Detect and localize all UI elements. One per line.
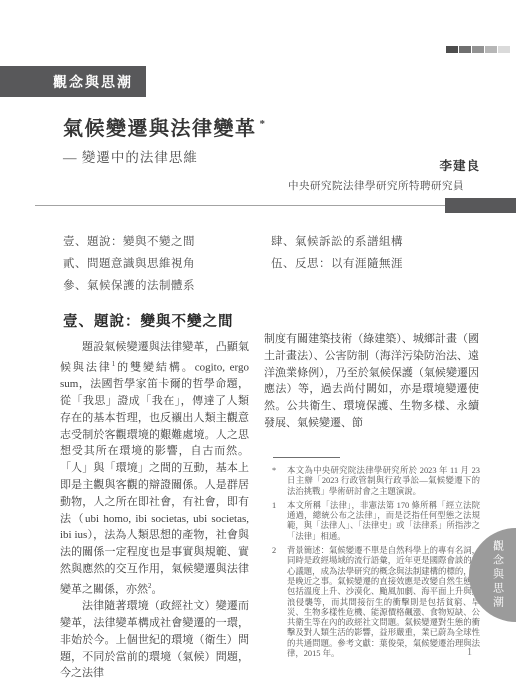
footnote-text: 本文所稱「法律」，非憲法第 170 條所稱「經立法院通過，總統公布之法律」，而是…	[287, 501, 480, 542]
toc-item: 肆、氣候訴訟的系譜組構	[271, 231, 479, 253]
footnote-item: * 本文為中央研究院法律學研究所於 2023 年 11 月 23 日主辦「202…	[272, 466, 480, 497]
toc-item: 伍、反思：以有涯隨無涯	[271, 253, 479, 275]
table-of-contents: 壹、題說：變與不變之間 貳、問題意識與思維視角 參、氣候保護的法制體系 肆、氣候…	[63, 231, 480, 297]
category-label-box: 觀念與思潮	[0, 66, 146, 97]
body-paragraph: 制度有關建築技術（綠建築）、城鄉計畫（國土計畫法）、公害防制（海洋污染防治法、遠…	[264, 331, 479, 432]
toc-column-right: 肆、氣候訴訟的系譜組構 伍、反思：以有涯隨無涯	[271, 231, 479, 297]
gradient-square	[459, 46, 471, 53]
author-name: 李建良	[288, 156, 480, 174]
paragraph-text: 。	[152, 583, 163, 595]
body-column-left: 題設氣候變遷與法律變革，凸顯氣候與法律1的雙變結構。cogito, ergo s…	[60, 339, 249, 682]
paragraph-text: 的雙變結構。cogito, ergo sum，法國哲學家笛卡爾的哲學命題，從「我…	[60, 361, 249, 595]
gradient-square	[485, 46, 497, 53]
category-label: 觀念與思潮	[53, 72, 133, 92]
footnote-item: 1 本文所稱「法律」，非憲法第 170 條所稱「經立法院通過，總統公布之法律」，…	[272, 501, 480, 542]
author-block: 李建良 中央研究院法律學研究所特聘研究員	[288, 156, 480, 193]
toc-item: 壹、題說：變與不變之間	[63, 231, 271, 253]
article-title-text: 氣候變遷與法律變革	[63, 118, 257, 140]
section-heading: 壹、題說：變與不變之間	[63, 310, 234, 331]
side-tab-label: 觀念與思潮	[490, 540, 506, 610]
author-affiliation: 中央研究院法律學研究所特聘研究員	[288, 178, 480, 193]
footnote-marker: 1	[272, 501, 287, 542]
footnote-text: 本文為中央研究院法律學研究所於 2023 年 11 月 23 日主辦「2023 …	[287, 466, 480, 497]
footnotes: * 本文為中央研究院法律學研究所於 2023 年 11 月 23 日主辦「202…	[272, 466, 480, 663]
page-number: 1	[467, 647, 472, 658]
document-page: 觀念與思潮 氣候變遷與法律變革* — 變遷中的法律思維 李建良 中央研究院法律學…	[0, 0, 516, 700]
toc-item: 貳、問題意識與思維視角	[63, 253, 271, 275]
footnote-marker: 2	[272, 546, 287, 659]
toc-column-left: 壹、題說：變與不變之間 貳、問題意識與思維視角 參、氣候保護的法制體系	[63, 231, 271, 297]
article-title: 氣候變遷與法律變革*	[63, 112, 267, 141]
toc-item: 參、氣候保護的法制體系	[63, 275, 271, 297]
gradient-squares	[446, 46, 510, 53]
gradient-square	[446, 46, 458, 53]
footnote-separator	[273, 457, 340, 458]
footnote-item: 2 背景簡述：氣候變遷不單是自然科學上的專有名詞，同時是政經場域的流行語彙，近年…	[272, 546, 480, 659]
header-rule	[35, 205, 445, 206]
body-paragraph: 題設氣候變遷與法律變革，凸顯氣候與法律1的雙變結構。cogito, ergo s…	[60, 339, 249, 598]
article-subtitle: — 變遷中的法律思維	[63, 146, 198, 166]
body-paragraph: 法律隨著環境（政經社文）變遷而變革，法律變革構成社會變遷的一環，非始於今。上個世…	[60, 598, 249, 682]
gradient-square	[498, 46, 510, 53]
footnote-text: 背景簡述：氣候變遷不單是自然科學上的專有名詞，同時是政經場域的流行語彙，近年更是…	[287, 546, 480, 659]
header-rule-endcap	[445, 198, 516, 213]
title-footnote-marker: *	[260, 118, 267, 130]
footnote-marker: *	[272, 466, 287, 497]
body-column-right: 制度有關建築技術（綠建築）、城鄉計畫（國土計畫法）、公害防制（海洋污染防治法、遠…	[264, 331, 479, 432]
gradient-square	[472, 46, 484, 53]
